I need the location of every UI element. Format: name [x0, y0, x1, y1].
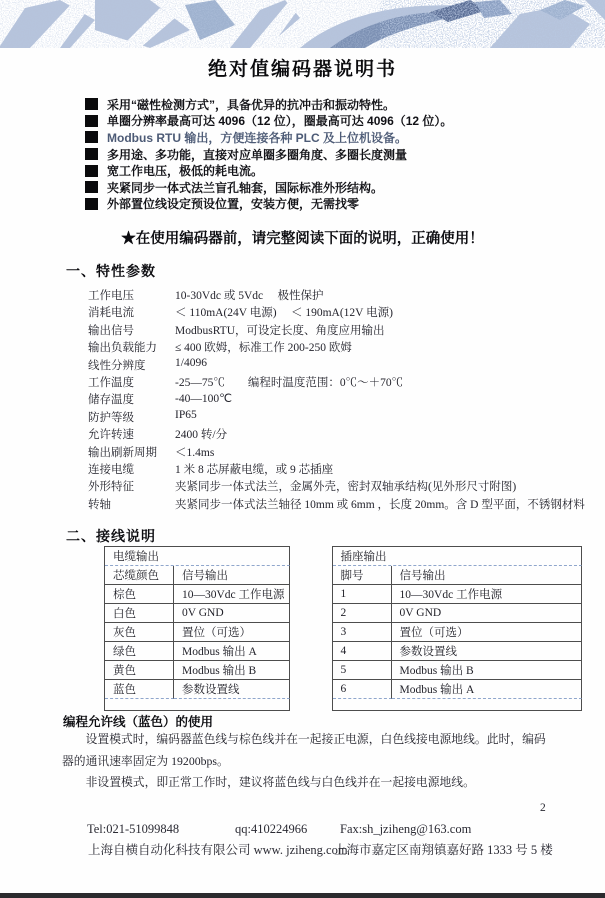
bullet-text: Modbus RTU 输出，方便连接各种 PLC 及上位机设备。: [107, 129, 407, 146]
parameter-label: 外形特征: [88, 478, 175, 495]
signal-cell: Modbus 输出 A: [174, 642, 290, 661]
bullet-text: 外部置位线设定预设位置，安装方便，无需找零: [107, 195, 359, 212]
table-filler-row: [105, 699, 290, 711]
bullet-square-icon: [85, 98, 98, 110]
bullet-item: 采用“磁性检测方式”，具备优异的抗冲击和振动特性。: [85, 96, 452, 113]
socket-output-table: 插座输出 脚号信号输出 110—30Vdc 工作电源 20V GND 3置位（可…: [332, 546, 582, 711]
pin-number-cell: 5: [333, 661, 392, 680]
pin-number-cell: 2: [333, 604, 392, 623]
parameter-value: 夹紧同步一体式法兰轴径 10mm 或 6mm ，长度 20mm。含 D 型平面，…: [175, 496, 585, 513]
bullet-item: 宽工作电压，极低的耗电流。: [85, 162, 452, 179]
feature-bullet-list: 采用“磁性检测方式”，具备优异的抗冲击和振动特性。 单圈分辨率最高可达 4096…: [85, 96, 452, 212]
table-row: 黄色Modbus 输出 B: [105, 661, 290, 680]
wire-color-cell: 白色: [105, 604, 174, 623]
table-row: 灰色置位（可选）: [105, 623, 290, 642]
parameter-label: 防护等级: [88, 409, 175, 426]
parameter-label: 储存温度: [88, 391, 175, 408]
signal-cell: 参数设置线: [174, 680, 290, 699]
column-header: 信号输出: [392, 566, 582, 585]
table-title: 电缆输出: [105, 547, 290, 566]
table-title: 插座输出: [333, 547, 582, 566]
parameter-label: 工作温度: [88, 374, 175, 391]
footer-company: 上海自横自动化科技有限公司 www. jziheng.com: [88, 840, 348, 858]
footer-address: 上海市嘉定区南翔镇嘉好路 1333 号 5 楼: [334, 840, 553, 858]
footer-qq: qq:410224966: [235, 822, 307, 837]
parameter-label: 输出信号: [88, 322, 175, 339]
parameter-label: 连接电缆: [88, 461, 175, 478]
table-row: 蓝色参数设置线: [105, 680, 290, 699]
table-row: 110—30Vdc 工作电源: [333, 585, 582, 604]
parameter-row: 防护等级IP65: [88, 409, 576, 426]
parameter-row: 储存温度-40—100℃: [88, 391, 576, 408]
pin-number-cell: 6: [333, 680, 392, 699]
wire-color-cell: 棕色: [105, 585, 174, 604]
bullet-item: 多用途、多功能，直接对应单圈多圈角度、多圈长度测量: [85, 146, 452, 163]
bullet-square-icon: [85, 148, 98, 160]
table-filler-row: [333, 699, 582, 711]
page-title: 绝对值编码器说明书: [0, 54, 605, 81]
parameter-value: 夹紧同步一体式法兰，金属外壳，密封双轴承结构(见外形尺寸附图): [175, 478, 516, 495]
parameter-label: 输出负载能力: [88, 339, 175, 356]
pin-number-cell: 3: [333, 623, 392, 642]
parameter-label: 转轴: [88, 496, 175, 513]
table-row: 20V GND: [333, 604, 582, 623]
blue-wire-heading: 编程允许线（蓝色）的使用: [63, 712, 213, 730]
parameter-row: 外形特征夹紧同步一体式法兰，金属外壳，密封双轴承结构(见外形尺寸附图): [88, 478, 576, 495]
parameter-value: ＜1.4ms: [175, 444, 214, 461]
parameter-row: 输出信号ModbusRTU，可设定长度、角度应用输出: [88, 322, 576, 339]
bullet-text: 宽工作电压，极低的耗电流。: [107, 162, 263, 179]
bullet-square-icon: [85, 165, 98, 177]
bullet-item: 单圈分辨率最高可达 4096（12 位），圈最高可达 4096（12 位）。: [85, 113, 452, 130]
signal-cell: 置位（可选）: [392, 623, 582, 642]
bottom-scan-bar: [0, 893, 605, 898]
header-decorative-art: [0, 0, 605, 48]
pin-number-cell: 4: [333, 642, 392, 661]
parameter-row: 连接电缆1 米 8 芯屏蔽电缆，或 9 芯插座: [88, 461, 576, 478]
signal-cell: 0V GND: [174, 604, 290, 623]
parameter-label: 消耗电流: [88, 304, 175, 321]
parameter-row: 允许转速2400 转/分: [88, 426, 576, 443]
blue-wire-paragraph-1: 设置模式时，编码器蓝色线与棕色线并在一起接正电源，白色线接电源地线。此时，编码器…: [62, 729, 552, 772]
column-header: 芯缆颜色: [105, 566, 174, 585]
parameter-value: 10-30Vdc 或 5Vdc 极性保护: [175, 287, 324, 304]
parameter-value: ModbusRTU，可设定长度、角度应用输出: [175, 322, 385, 339]
blue-wire-paragraphs: 设置模式时，编码器蓝色线与棕色线并在一起接正电源，白色线接电源地线。此时，编码器…: [62, 729, 552, 794]
signal-cell: 参数设置线: [392, 642, 582, 661]
warning-line: ★在使用编码器前，请完整阅读下面的说明，正确使用！: [0, 227, 605, 248]
bullet-square-icon: [85, 115, 98, 127]
bullet-square-icon: [85, 131, 98, 143]
parameter-list: 工作电压10-30Vdc 或 5Vdc 极性保护 消耗电流＜ 110mA(24V…: [88, 287, 576, 513]
bullet-text: 采用“磁性检测方式”，具备优异的抗冲击和振动特性。: [107, 96, 395, 113]
parameter-label: 允许转速: [88, 426, 175, 443]
signal-cell: 置位（可选）: [174, 623, 290, 642]
parameter-label: 输出刷新周期: [88, 444, 175, 461]
pin-number-cell: 1: [333, 585, 392, 604]
parameter-value: 1/4096: [175, 357, 207, 374]
table-row: 6Modbus 输出 A: [333, 680, 582, 699]
page-number: 2: [540, 802, 546, 814]
parameter-row: 工作温度-25—75℃ 编程时温度范围：0℃～＋70℃: [88, 374, 576, 391]
parameter-value: ＜ 110mA(24V 电源) ＜ 190mA(12V 电源): [175, 304, 393, 321]
parameter-value: -25—75℃ 编程时温度范围：0℃～＋70℃: [175, 374, 403, 391]
parameter-row: 消耗电流＜ 110mA(24V 电源) ＜ 190mA(12V 电源): [88, 304, 576, 321]
bullet-square-icon: [85, 181, 98, 193]
parameter-value: -40—100℃: [175, 391, 232, 408]
bullet-text: 夹紧同步一体式法兰盲孔轴套，国际标准外形结构。: [107, 179, 383, 196]
table-row: 3置位（可选）: [333, 623, 582, 642]
parameter-row: 输出负载能力≤ 400 欧姆，标准工作 200-250 欧姆: [88, 339, 576, 356]
table-row: 绿色Modbus 输出 A: [105, 642, 290, 661]
wire-color-cell: 黄色: [105, 661, 174, 680]
bullet-text: 多用途、多功能，直接对应单圈多圈角度、多圈长度测量: [107, 146, 407, 163]
parameter-label: 线性分辨度: [88, 357, 175, 374]
bullet-square-icon: [85, 198, 98, 210]
wire-color-cell: 灰色: [105, 623, 174, 642]
bullet-text: 单圈分辨率最高可达 4096（12 位），圈最高可达 4096（12 位）。: [107, 112, 452, 129]
wire-color-cell: 蓝色: [105, 680, 174, 699]
table-row: 白色0V GND: [105, 604, 290, 623]
table-row: 棕色10—30Vdc 工作电源: [105, 585, 290, 604]
footer-fax: Fax:sh_jziheng@163.com: [340, 822, 471, 837]
section-heading-parameters: 一、特性参数: [66, 261, 156, 281]
parameter-value: 1 米 8 芯屏蔽电缆，或 9 芯插座: [175, 461, 333, 478]
wire-color-cell: 绿色: [105, 642, 174, 661]
blue-wire-paragraph-2: 非设置模式，即正常工作时，建议将蓝色线与白色线并在一起接电源地线。: [62, 772, 552, 794]
signal-cell: 10—30Vdc 工作电源: [174, 585, 290, 604]
cable-output-table: 电缆输出 芯缆颜色信号输出 棕色10—30Vdc 工作电源 白色0V GND 灰…: [104, 546, 290, 711]
parameter-row: 工作电压10-30Vdc 或 5Vdc 极性保护: [88, 287, 576, 304]
signal-cell: 10—30Vdc 工作电源: [392, 585, 582, 604]
parameter-row: 输出刷新周期＜1.4ms: [88, 444, 576, 461]
section-heading-wiring: 二、接线说明: [66, 526, 156, 546]
parameter-value: 2400 转/分: [175, 426, 227, 443]
table-row: 5Modbus 输出 B: [333, 661, 582, 680]
signal-cell: 0V GND: [392, 604, 582, 623]
signal-cell: Modbus 输出 B: [392, 661, 582, 680]
document-page: 绝对值编码器说明书 采用“磁性检测方式”，具备优异的抗冲击和振动特性。 单圈分辨…: [0, 0, 605, 898]
wiring-tables: 电缆输出 芯缆颜色信号输出 棕色10—30Vdc 工作电源 白色0V GND 灰…: [104, 546, 582, 711]
bullet-item: 外部置位线设定预设位置，安装方便，无需找零: [85, 196, 452, 213]
column-header: 脚号: [333, 566, 392, 585]
parameter-row: 转轴夹紧同步一体式法兰轴径 10mm 或 6mm ，长度 20mm。含 D 型平…: [88, 496, 576, 513]
signal-cell: Modbus 输出 B: [174, 661, 290, 680]
parameter-value: ≤ 400 欧姆，标准工作 200-250 欧姆: [175, 339, 352, 356]
bullet-item: 夹紧同步一体式法兰盲孔轴套，国际标准外形结构。: [85, 179, 452, 196]
parameter-label: 工作电压: [88, 287, 175, 304]
parameter-row: 线性分辨度1/4096: [88, 357, 576, 374]
column-header: 信号输出: [174, 566, 290, 585]
parameter-value: IP65: [175, 409, 197, 426]
footer-tel: Tel:021-51099848: [87, 822, 179, 837]
bullet-item: Modbus RTU 输出，方便连接各种 PLC 及上位机设备。: [85, 129, 452, 146]
table-row: 4参数设置线: [333, 642, 582, 661]
signal-cell: Modbus 输出 A: [392, 680, 582, 699]
